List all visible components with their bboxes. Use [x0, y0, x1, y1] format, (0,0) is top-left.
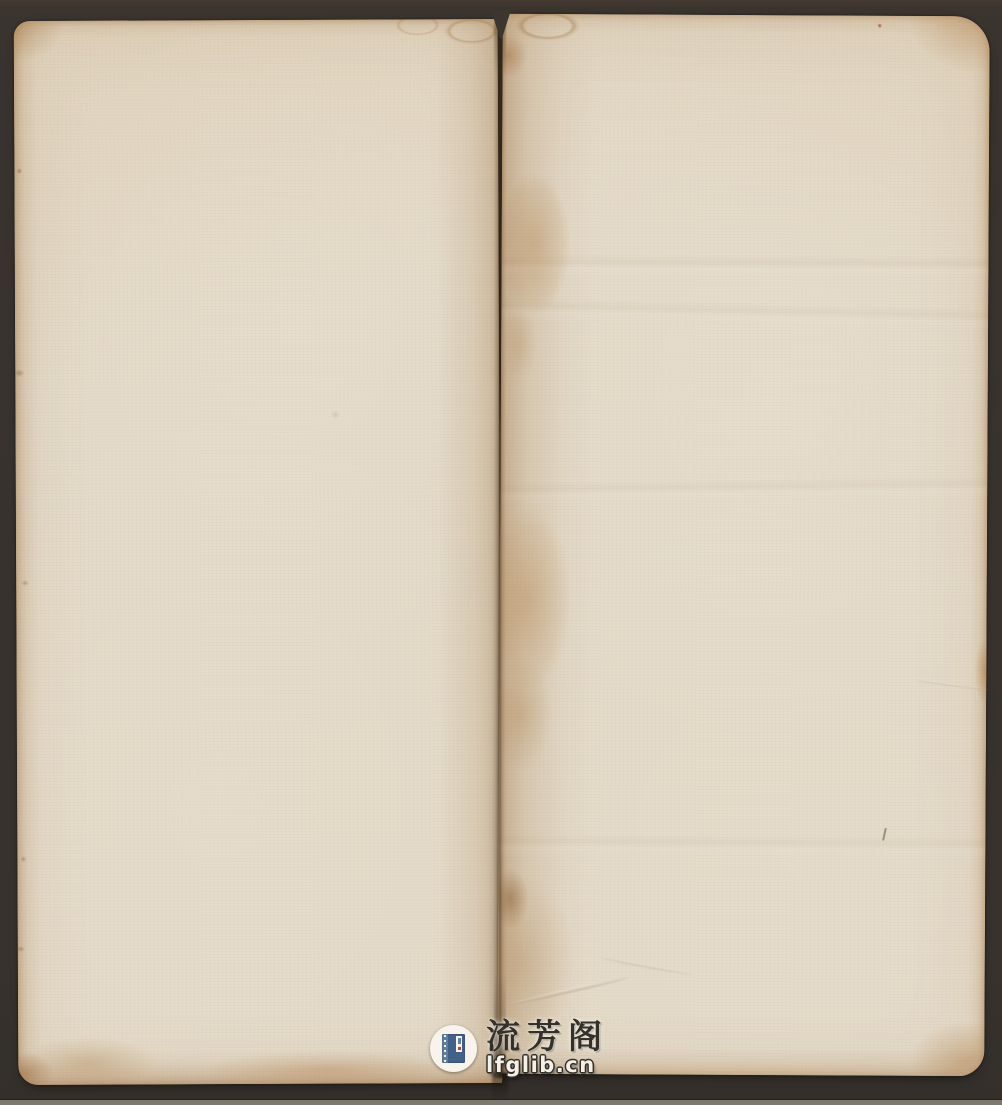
dust-fiber — [882, 828, 887, 841]
book-title-label — [456, 1036, 462, 1052]
watermark-badge — [430, 1025, 477, 1072]
scanner-bed-strip — [0, 1100, 1002, 1105]
left-page-stains — [14, 19, 503, 1085]
paper-texture — [14, 19, 503, 1085]
page-crease — [507, 975, 630, 1006]
watermark: 流芳阁 lfglib.cn — [430, 1021, 609, 1076]
watermark-site-domain: lfglib.cn — [486, 1055, 609, 1076]
scanned-book-spread: 流芳阁 lfglib.cn — [0, 0, 1002, 1105]
page-crease — [914, 679, 989, 691]
center-fold — [494, 22, 506, 1078]
left-page — [14, 19, 503, 1085]
watermark-text: 流芳阁 lfglib.cn — [486, 1021, 609, 1076]
page-crease — [598, 956, 692, 976]
right-page-stains — [497, 14, 990, 1077]
watermark-site-name: 流芳阁 — [486, 1021, 609, 1054]
right-page — [497, 14, 990, 1077]
thread-bound-book-icon — [442, 1034, 465, 1063]
paper-texture — [497, 14, 990, 1077]
